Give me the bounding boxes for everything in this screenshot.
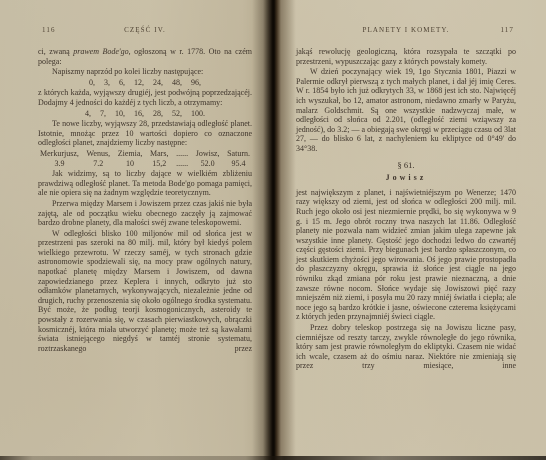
- planet-column: Saturn.95.4: [227, 149, 250, 168]
- left-page-header: 116 CZĘŚĆ IV.: [38, 26, 252, 38]
- planet-value: 52.0: [201, 159, 215, 169]
- paragraph: Napiszmy naprzód po kolei liczby następu…: [38, 67, 252, 77]
- paragraph: Jak widzimy, są to liczby dające w wielk…: [38, 169, 252, 198]
- planet-name: ......: [176, 149, 188, 159]
- paragraph: jakąś rewolucję geologiczną, która rozsy…: [296, 47, 516, 66]
- planet-column: Merkurjusz,3.9: [40, 149, 79, 168]
- planet-column: ............: [176, 149, 188, 168]
- running-title: CZĘŚĆ IV.: [38, 26, 252, 34]
- planet-value: 3.9: [54, 159, 64, 169]
- running-title: PLANETY I KOMETY.: [296, 26, 516, 34]
- planet-column: Jowisz,52.0: [196, 149, 220, 168]
- paragraph-text: ci, zwaną: [38, 47, 73, 56]
- book-spread: 116 CZĘŚĆ IV. ci, zwaną prawem Bode'go, …: [0, 0, 546, 460]
- paragraph: W odległości blisko 100 miljonów mil od …: [38, 229, 252, 354]
- planet-value: ......: [176, 159, 188, 169]
- section-number: § 61.: [296, 161, 516, 171]
- planet-value: 15,2: [152, 159, 166, 169]
- italic-phrase: prawem Bode'go: [73, 47, 128, 56]
- planet-name: Saturn.: [227, 149, 250, 159]
- right-page-header: PLANETY I KOMETY. 117: [296, 26, 516, 38]
- planet-name: Ziemia,: [118, 149, 143, 159]
- paragraph: jest największym z planet, i najświetnié…: [296, 188, 516, 322]
- planet-value: 95.4: [232, 159, 246, 169]
- planet-name: Merkurjusz,: [40, 149, 79, 159]
- paragraph: W dzień poczynający wiek 19, 1go Styczni…: [296, 67, 516, 153]
- right-page-body: jakąś rewolucję geologiczną, która rozsy…: [296, 47, 516, 371]
- planet-column: Mars,15,2: [150, 149, 168, 168]
- planet-name: Jowisz,: [196, 149, 220, 159]
- planet-column: Ziemia,10: [118, 149, 143, 168]
- right-page: PLANETY I KOMETY. 117 jakąś rewolucję ge…: [270, 0, 546, 460]
- left-page: 116 CZĘŚĆ IV. ci, zwaną prawem Bode'go, …: [0, 0, 270, 460]
- planet-distance-table: Merkurjusz,3.9 Wenus,7.2 Ziemia,10 Mars,…: [40, 149, 250, 168]
- page-number: 117: [500, 26, 514, 34]
- paragraph: ci, zwaną prawem Bode'go, ogłoszoną w r.…: [38, 47, 252, 66]
- planet-value: 10: [126, 159, 134, 169]
- planet-value: 7.2: [93, 159, 103, 169]
- left-page-body: ci, zwaną prawem Bode'go, ogłoszoną w r.…: [38, 47, 252, 353]
- number-sequence-line: 4, 7, 10, 16, 28, 52, 100.: [38, 109, 252, 119]
- number-sequence-line: 0, 3, 6, 12, 24, 48, 96,: [38, 78, 252, 88]
- paragraph: Przez dobry teleskop postrzega się na Jo…: [296, 323, 516, 371]
- planet-column: Wenus,7.2: [87, 149, 111, 168]
- section-title: Jowisz: [296, 173, 516, 183]
- paragraph: Te nowe liczby, wyjąwszy 28, przedstawia…: [38, 119, 252, 148]
- planet-name: Wenus,: [87, 149, 111, 159]
- paragraph: Przerwa między Marsem i Jowiszem przez c…: [38, 199, 252, 228]
- planet-name: Mars,: [150, 149, 168, 159]
- paragraph: z których każda, wyjąwszy drugiéj, jest …: [38, 88, 252, 107]
